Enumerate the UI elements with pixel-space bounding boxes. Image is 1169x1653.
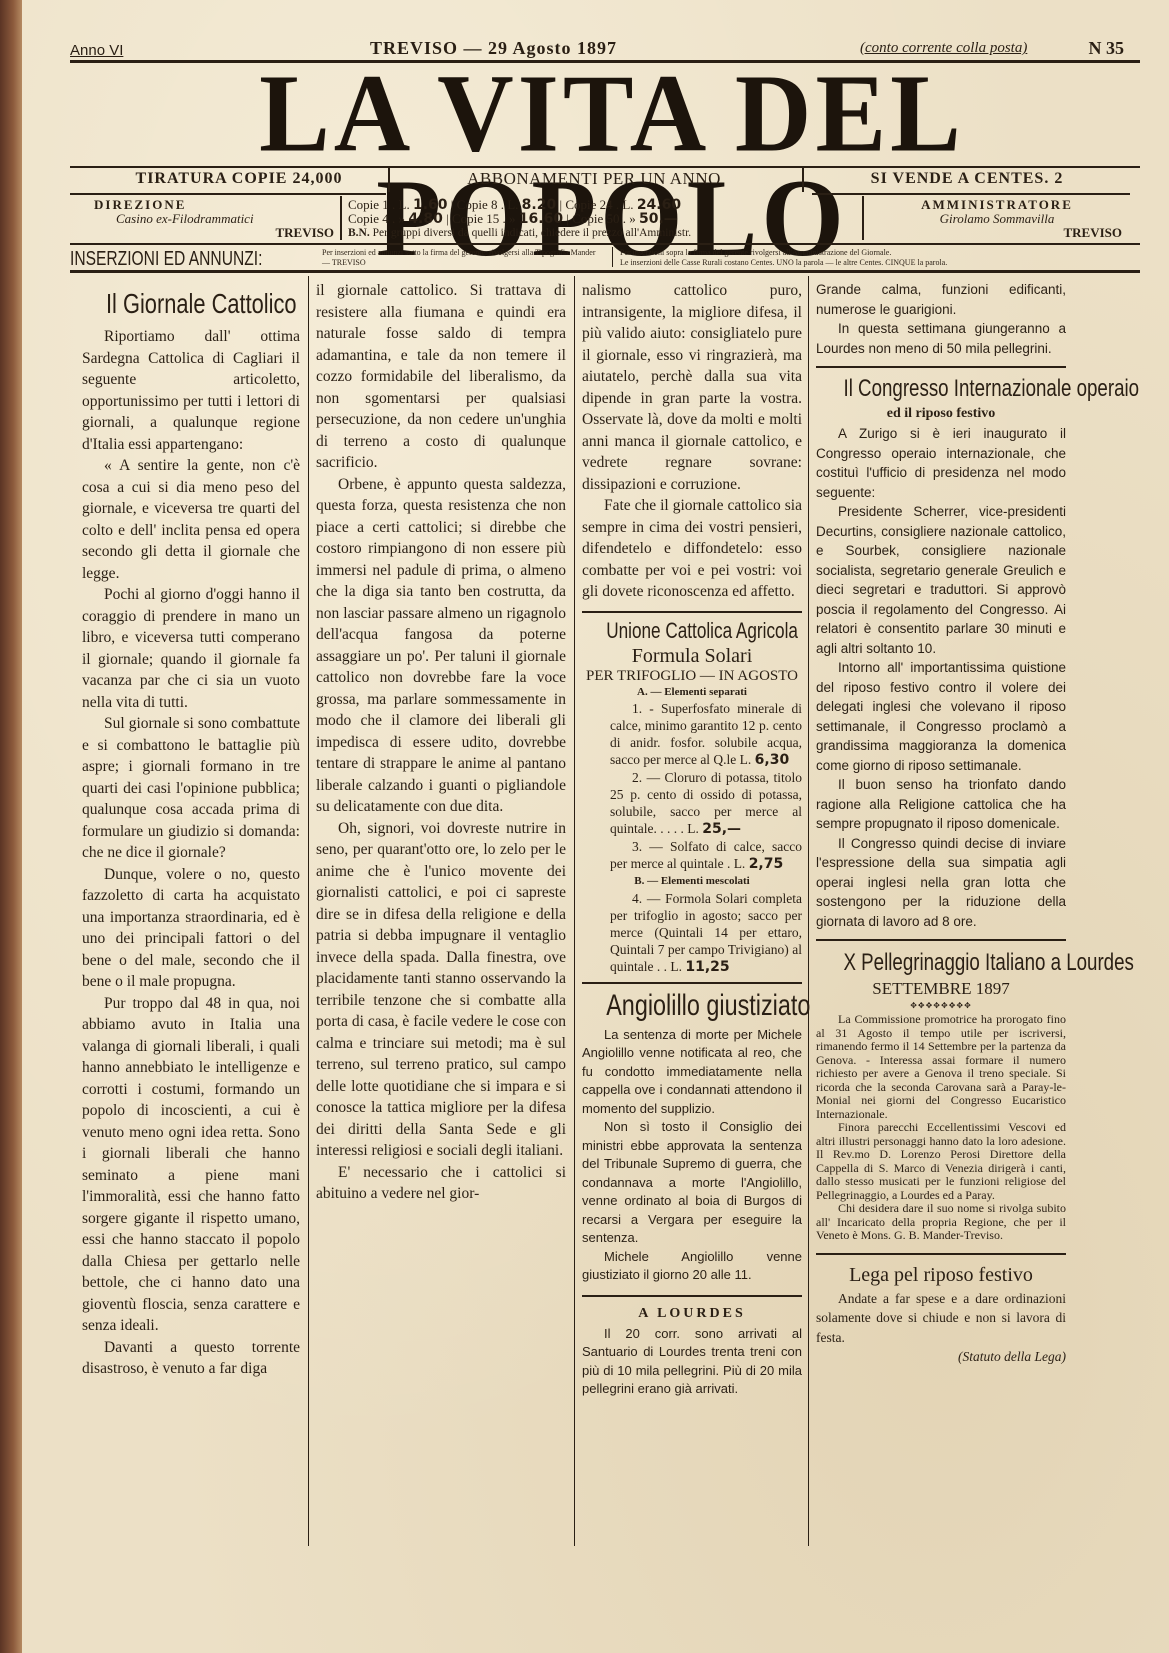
paragraph: Sul giornale si sono combattute e si com… [82,713,300,864]
congresso-subtitle: ed il riposo festivo [816,404,1066,424]
anno: Anno VI [70,42,123,59]
column-divider [574,276,575,1546]
column-divider [308,276,309,1546]
paragraph: Orbene, è appunto questa saldezza, quest… [316,474,566,818]
divider [812,193,1130,195]
pellegrinaggio-subtitle: SETTEMBRE 1897 [816,979,1066,999]
divider [862,196,864,240]
paragraph: Presidente Scherrer, vice-presidenti Dec… [816,502,1066,658]
page-edge [0,0,22,1653]
divider [612,247,613,267]
section-b: B. — Elementi mescolati [582,873,802,890]
ornament: ✥✥✥✥✥✥✥✥ [816,999,1066,1013]
issue-number: N 35 [1089,38,1125,59]
paragraph: Michele Angiolillo venne giustiziato il … [582,1248,802,1285]
list-item: 3. — Solfato di calce, sacco per merce a… [582,838,802,873]
list-item: 1. - Superfosfato minerale di calce, min… [582,700,802,769]
paragraph: Pur troppo dal 48 in qua, noi abbiamo av… [82,993,300,1337]
divider [816,1253,1066,1255]
paragraph: Davanti a questo torrente disastroso, è … [82,1337,300,1380]
paragraph: E' necessario che i cattolici si abituin… [316,1162,566,1205]
divider [816,939,1066,941]
unione-subtitle: Formula Solari [582,645,802,667]
amministratore: AMMINISTRATORE Girolamo Sommavilla TREVI… [872,198,1122,240]
article-title-unione: Unione Cattolica Agricola [606,617,778,645]
unione-subtitle-2: PER TRIFOGLIO — IN AGOSTO [582,667,802,685]
article-title-giornale: Il Giornale Cattolico [106,282,276,326]
direzione-city: TREVISO [94,226,334,240]
direzione: DIREZIONE Casino ex-Filodrammatici TREVI… [94,198,334,240]
divider [816,366,1066,368]
newspaper-page: Anno VI TREVISO — 29 Agosto 1897 (conto … [22,0,1169,1653]
price-value: 50.— [639,211,678,227]
divider [70,193,386,195]
paragraph: Non sì tosto il Consiglio dei ministri e… [582,1118,802,1248]
item-price: 2,75 [749,856,784,872]
paragraph: Dunque, volere o no, questo fazzoletto d… [82,864,300,993]
paragraph: La sentenza di morte per Michele Angioli… [582,1026,802,1119]
column-3: nalismo cattolico puro, intransigente, l… [582,280,802,1399]
inserzioni-title: INSERZIONI ED ANNUNZI: [70,248,262,271]
divider [340,196,342,240]
item-price: 6,30 [755,752,790,768]
price-label: Copie 50 . » [572,211,636,226]
amministratore-title: AMMINISTRATORE [872,198,1122,212]
price-value: 16.60 [519,211,563,227]
paragraph: Andate a far spese e a dare ordinazioni … [816,1289,1066,1348]
bn-label: B.N. [348,227,370,239]
inserzioni-note-2: Per inserzioni sopra la firma del gerent… [620,248,1130,268]
divider [582,982,802,984]
inserzioni-note: Per inserzioni ed annunzi sotto la firma… [322,248,602,268]
paragraph: In questa settimana giungeranno a Lourde… [816,319,1066,358]
column-divider [808,276,809,1546]
direzione-address: Casino ex-Filodrammatici [94,212,334,226]
paragraph: Fate che il giornale cattolico sia sempr… [582,495,802,603]
divider [70,270,1140,273]
article-title-angiolillo: Angiolillo giustiziato [606,986,778,1026]
bn-note: Per gruppi diversi da quelli indicati, c… [373,227,692,239]
list-item: 4. — Formola Solari completa per trifogl… [582,890,802,976]
divider [70,243,1140,245]
paragraph: A Zurigo si è ieri inaugurato il Congres… [816,424,1066,502]
divider [388,168,390,192]
divider [70,166,1140,168]
tiratura: TIRATURA COPIE 24,000 [94,170,384,188]
divider [582,611,802,613]
article-title-lourdes: A LOURDES [582,1303,802,1325]
article-title-congresso: Il Congresso Internazionale operaio [844,374,1039,404]
paragraph: Finora parecchi Eccellentissimi Vescovi … [816,1121,1066,1202]
direzione-title: DIREZIONE [94,198,334,212]
price-value: 4.80 [408,211,443,227]
section-a: A. — Elementi separati [582,685,802,700]
paragraph: il giornale cattolico. Si trattava di re… [316,280,566,474]
amministratore-name: Girolamo Sommavilla [872,212,1122,226]
paragraph: Il 20 corr. sono arrivati al Santuario d… [582,1325,802,1399]
column-4: Grande calma, funzioni edificanti, numer… [816,280,1066,1367]
paragraph: Intorno all' importantissima quistione d… [816,658,1066,775]
item-price: 11,25 [685,959,729,975]
article-title-lega: Lega pel riposo festivo [816,1261,1066,1289]
lega-signature: (Statuto della Lega) [816,1347,1066,1367]
inserzioni-note-2a: Per inserzioni sopra la firma del gerent… [620,248,1130,258]
vendita: SI VENDE A CENTES. 2 [812,170,1122,188]
paragraph: Pochi al giorno d'oggi hanno il coraggio… [82,584,300,713]
unione-items: 1. - Superfosfato minerale di calce, min… [582,700,802,976]
divider [582,1295,802,1297]
inserzioni-note-2b: Le inserzioni delle Casse Rurali costano… [620,258,1130,268]
article-title-pellegrinaggio: X Pellegrinaggio Italiano a Lourdes [844,947,1039,979]
abbonamenti-title: ABBONAMENTI PER UN ANNO [394,169,794,189]
paragraph: Oh, signori, voi dovreste nutrire in sen… [316,818,566,1162]
divider [802,168,804,192]
price-label: Copie 4 . » [348,211,405,226]
abbonamenti-prezzi: Copie 1 . L. 1.60 | Copie 8 . L. 8.20 | … [348,198,848,240]
price-label: Copie 24 . L. [565,197,633,212]
price-label: Copie 15 . » [452,211,516,226]
column-1: Il Giornale Cattolico Riportiamo dall' o… [82,282,300,1380]
price-label: Copie 1 . L. [348,197,410,212]
price-label: Copie 8 . L. [457,197,519,212]
item-price: 25,— [702,821,741,837]
list-item: 2. — Cloruro di potassa, titolo 25 p. ce… [582,769,802,838]
column-2: il giornale cattolico. Si trattava di re… [316,280,566,1205]
paragraph: Riportiamo dall' ottima Sardegna Cattoli… [82,326,300,455]
paragraph: Il buon senso ha trionfato dando ragione… [816,775,1066,834]
amministratore-city: TREVISO [872,226,1122,240]
paragraph: Chi desidera dare il suo nome si rivolga… [816,1202,1066,1243]
paragraph: « A sentire la gente, non c'è cosa a cui… [82,455,300,584]
paragraph: Il Congresso quindi decise di inviare l'… [816,834,1066,932]
paragraph: nalismo cattolico puro, intransigente, l… [582,280,802,495]
paragraph: Grande calma, funzioni edificanti, numer… [816,280,1066,319]
paragraph: La Commissione promotrice ha prorogato f… [816,1013,1066,1121]
